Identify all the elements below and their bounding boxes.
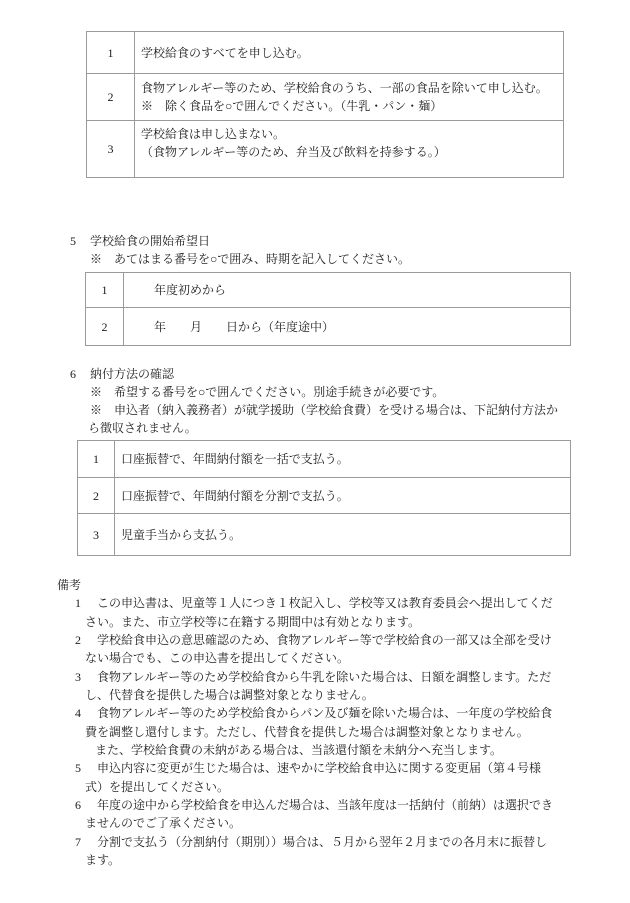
remark-2-line-1: 2学校給食申込の意思確認のため、食物アレルギー等で学校給食の一部又は全部を受け <box>75 631 553 649</box>
option-text-line: 食物アレルギー等のため、学校給食のうち、一部の食品を除いて申し込む。 <box>141 79 557 97</box>
remark-6-number: 6 <box>75 796 97 814</box>
section-5-number: 5 <box>70 233 90 249</box>
remark-1-number: 1 <box>75 594 97 612</box>
remark-3-line-1: 3食物アレルギー等のため学校給食から牛乳を除いた場合は、日額を調整します。ただ <box>75 668 553 686</box>
start-date-row-2: 2 年 月 日から（年度途中） <box>86 308 571 346</box>
row-text-cell: 学校給食は申し込まない。 （食物アレルギー等のため、弁当及び飲料を持参する。） <box>135 121 564 178</box>
remark-4-line-2: 費を調整し還付します。ただし、代替食を提供した場合は調整対象となりません。 <box>85 723 553 741</box>
row-text-cell: 年 月 日から（年度途中） <box>124 308 571 346</box>
row-text-cell: 学校給食のすべてを申し込む。 <box>135 32 564 74</box>
remark-text: この申込書は、児童等１人につき１枚記入し、学校等又は教育委員会へ提出してくだ <box>97 596 553 610</box>
remark-6-line-1: 6年度の途中から学校給食を申込んだ場合は、当該年度は一括納付（前納）は選択でき <box>75 796 553 814</box>
section-6-heading: 6納付方法の確認 <box>70 366 174 382</box>
row-text-cell: 口座振替で、年間納付額を分割で支払う。 <box>115 478 571 514</box>
remark-text: 学校給食申込の意思確認のため、食物アレルギー等で学校給食の一部又は全部を受け <box>97 633 552 647</box>
option-note-line: （食物アレルギー等のため、弁当及び飲料を持参する。） <box>141 143 557 161</box>
remark-text: 分割で支払う（分割納付（期別））場合は、５月から翌年２月までの各月末に振替し <box>97 835 547 849</box>
option-text-line: 学校給食のすべてを申し込む。 <box>141 44 557 62</box>
option-text-line: 学校給食は申し込まない。 <box>141 125 557 143</box>
row-number-cell: 1 <box>78 441 115 478</box>
payment-method-table: 1 口座振替で、年間納付額を一括で支払う。 2 口座振替で、年間納付額を分割で支… <box>77 440 571 556</box>
remarks-section: 備考 1この申込書は、児童等１人につき１枚記入し、学校等又は教育委員会へ提出して… <box>57 576 553 869</box>
remark-3-line-2: し、代替食を提供した場合は調整対象となりません。 <box>85 686 553 704</box>
row-number-cell: 3 <box>87 121 135 178</box>
remark-2-number: 2 <box>75 631 97 649</box>
remark-4-line-3: また、学校給食費の未納がある場合は、当該還付額を未納分へ充当します。 <box>95 741 553 759</box>
option-note-line: ※ 除く食品を○で囲んでください。（牛乳・パン・麺） <box>141 97 557 115</box>
remark-text: 食物アレルギー等のため学校給食からパン及び麺を除いた場合は、一年度の学校給食 <box>97 706 552 720</box>
section-6-number: 6 <box>70 366 90 382</box>
row-number-cell: 1 <box>87 32 135 74</box>
meal-application-options-table: 1 学校給食のすべてを申し込む。 2 食物アレルギー等のため、学校給食のうち、一… <box>86 31 564 178</box>
remark-7-number: 7 <box>75 833 97 851</box>
remark-text: 年度の途中から学校給食を申込んだ場合は、当該年度は一括納付（前納）は選択でき <box>97 798 553 812</box>
row-text-cell: 年度初めから <box>124 273 571 308</box>
remark-6-line-2: ませんのでご了承ください。 <box>85 814 553 832</box>
payment-method-row-3: 3 児童手当から支払う。 <box>78 514 571 556</box>
row-text-cell: 食物アレルギー等のため、学校給食のうち、一部の食品を除いて申し込む。 ※ 除く食… <box>135 74 564 121</box>
start-date-table: 1 年度初めから 2 年 月 日から（年度途中） <box>85 272 571 346</box>
remark-text: 申込内容に変更が生じた場合は、速やかに学校給食申込に関する変更届（第４号様 <box>97 761 541 775</box>
row-number-cell: 1 <box>86 273 124 308</box>
remark-1-line-2: さい。また、市立学校等に在籍する期間中は有効となります。 <box>85 613 553 631</box>
section-6-instruction-2-continued: ら徴収されません。 <box>88 420 197 436</box>
meal-option-row-2: 2 食物アレルギー等のため、学校給食のうち、一部の食品を除いて申し込む。 ※ 除… <box>87 74 564 121</box>
row-number-cell: 3 <box>78 514 115 556</box>
section-6-instruction-1: ※ 希望する番号を○で囲んでください。別途手続きが必要です。 <box>90 384 444 400</box>
remark-5-line-1: 5申込内容に変更が生じた場合は、速やかに学校給食申込に関する変更届（第４号様 <box>75 759 553 777</box>
section-5-title: 学校給食の開始希望日 <box>90 234 210 248</box>
meal-option-row-3: 3 学校給食は申し込まない。 （食物アレルギー等のため、弁当及び飲料を持参する。… <box>87 121 564 178</box>
row-number-cell: 2 <box>87 74 135 121</box>
start-date-row-1: 1 年度初めから <box>86 273 571 308</box>
payment-method-row-1: 1 口座振替で、年間納付額を一括で支払う。 <box>78 441 571 478</box>
remark-7-line-1: 7分割で支払う（分割納付（期別））場合は、５月から翌年２月までの各月末に振替し <box>75 833 553 851</box>
remark-4-number: 4 <box>75 704 97 722</box>
remark-5-number: 5 <box>75 759 97 777</box>
remark-3-number: 3 <box>75 668 97 686</box>
remark-1-line-1: 1この申込書は、児童等１人につき１枚記入し、学校等又は教育委員会へ提出してくだ <box>75 594 553 612</box>
remark-text: 食物アレルギー等のため学校給食から牛乳を除いた場合は、日額を調整します。ただ <box>97 670 551 684</box>
remark-2-line-2: ない場合でも、この申込書を提出してください。 <box>85 649 553 667</box>
meal-option-row-1: 1 学校給食のすべてを申し込む。 <box>87 32 564 74</box>
row-text-cell: 児童手当から支払う。 <box>115 514 571 556</box>
section-5-instruction: ※ あてはまる番号を○で囲み、時期を記入してください。 <box>90 251 410 267</box>
payment-method-row-2: 2 口座振替で、年間納付額を分割で支払う。 <box>78 478 571 514</box>
section-6-instruction-2: ※ 申込者（納入義務者）が就学援助（学校給食費）を受ける場合は、下記納付方法か <box>90 402 558 418</box>
remark-7-line-2: ます。 <box>85 851 553 869</box>
row-text-cell: 口座振替で、年間納付額を一括で支払う。 <box>115 441 571 478</box>
section-6-title: 納付方法の確認 <box>90 367 174 381</box>
remark-4-line-1: 4食物アレルギー等のため学校給食からパン及び麺を除いた場合は、一年度の学校給食 <box>75 704 553 722</box>
row-number-cell: 2 <box>78 478 115 514</box>
row-number-cell: 2 <box>86 308 124 346</box>
school-lunch-application-form-page: 1 学校給食のすべてを申し込む。 2 食物アレルギー等のため、学校給食のうち、一… <box>0 0 630 903</box>
remark-5-line-2: 式）を提出してください。 <box>85 778 553 796</box>
section-5-heading: 5学校給食の開始希望日 <box>70 233 210 249</box>
remarks-title: 備考 <box>57 576 553 594</box>
